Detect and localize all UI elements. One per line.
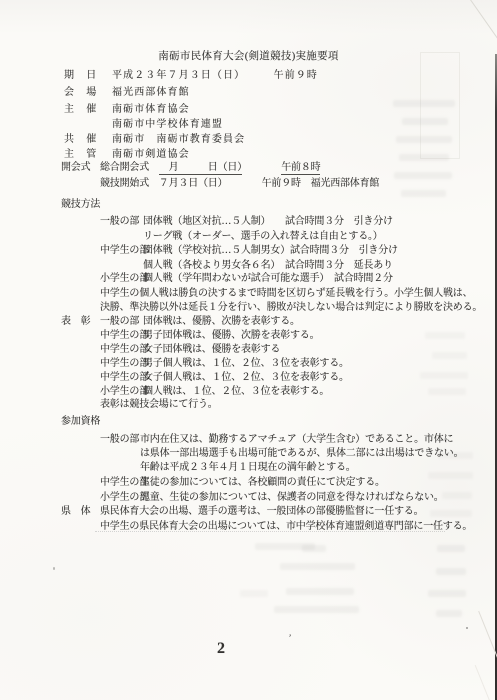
division-label: 小学生の部 xyxy=(100,386,143,398)
method-text: リーグ戦（オーダー、選手の入れ替えは自由とする。） xyxy=(143,231,383,242)
bleedthrough-smudge xyxy=(274,606,359,613)
opening-start-row: 競技開始式 ７月３日（日） 午前９時 福光西部体育館 xyxy=(100,178,379,190)
prefectural-text: 県民体育大会の出場、選手の選考は、一般団体の部優勝監督に一任する。 xyxy=(100,506,423,518)
awards-text: 男子個人戦は、１位、２位、３位を表彰する。 xyxy=(143,358,349,369)
awards-text: 個人戦は、１位、２位、３位を表彰する。 xyxy=(143,386,329,397)
bleedthrough-smudge xyxy=(286,588,354,595)
bleedthrough-dotted-rule xyxy=(95,531,445,532)
bleedthrough-smudge xyxy=(401,190,446,197)
awards-row: 中学生の部男子個人戦は、１位、２位、３位を表彰する。 xyxy=(100,358,349,370)
eligibility-text: 年齢は平成２３年４月１日現在の満年齢とする。 xyxy=(140,462,356,474)
method-row: リーグ戦（オーダー、選手の入れ替えは自由とする。） xyxy=(100,231,383,243)
info-label: 共 催 xyxy=(64,134,112,146)
bleedthrough-smudge xyxy=(436,568,466,575)
method-row: 一般の部団体戦（地区対抗…５人制） 試合時間３分 引き分け xyxy=(100,216,393,228)
division-label: 中学生の部 xyxy=(100,344,143,356)
info-label: 期 日 xyxy=(64,70,112,82)
info-label: 主 管 xyxy=(64,149,112,161)
opening-general-head: 総合開会式 xyxy=(100,162,149,173)
method-text: 個人戦（学年問わないが試合可能な選手） 試合時間２分 xyxy=(143,273,393,284)
opening-time: 午前８時 xyxy=(281,162,320,175)
info-row-organizer-2: 南砺市中学校体育連盟 xyxy=(64,119,223,131)
bleedthrough-smudge xyxy=(428,388,466,395)
awards-text: 男子団体戦は、優勝、次勝を表彰する。 xyxy=(143,330,319,341)
opening-date-blank: 月 日（日） xyxy=(159,162,242,175)
division-label: 中学生の部 xyxy=(100,372,143,384)
info-row-cosponsor: 共 催南砺市 南砺市教育委員会 xyxy=(64,134,245,146)
opening-section-label: 開会式 xyxy=(61,162,90,174)
method-text: 団体戦（地区対抗…５人制） 試合時間３分 引き分け xyxy=(143,216,393,227)
info-row-date: 期 日平成２３年７月３日（日） 午前９時 xyxy=(64,70,318,82)
eligibility-text: は県体一部出場選手も出場可能であるが、県体二部には出場はできない。 xyxy=(140,448,463,460)
dust-speck xyxy=(53,567,55,570)
method-row: 小学生の部個人戦（学年問わないが試合可能な選手） 試合時間２分 xyxy=(100,273,393,285)
awards-row: 一般の部団体戦は、優勝、次勝を表彰する。 xyxy=(100,316,300,328)
bleedthrough-smudge xyxy=(428,590,466,597)
info-value: 平成２３年７月３日（日） 午前９時 xyxy=(112,70,318,81)
method-text: 個人戦（各校より男女各６名） 試合時間３分 延長あり xyxy=(143,260,393,271)
prefectural-section-label: 県 体 xyxy=(61,506,90,518)
method-text: 団体戦（学校対抗…５人制男女）試合時間３分 引き分け xyxy=(143,245,398,256)
division-label: 一般の部 xyxy=(100,316,143,328)
awards-row: 小学生の部個人戦は、１位、２位、３位を表彰する。 xyxy=(100,386,329,398)
info-value: 南砺市体育協会 xyxy=(112,104,190,115)
info-value: 南砺市 南砺市教育委員会 xyxy=(112,134,245,145)
info-value: 南砺市中学校体育連盟 xyxy=(112,119,223,130)
division-label: 中学生の部 xyxy=(100,330,143,342)
method-row: 中学生の部団体戦（学校対抗…５人制男女）試合時間３分 引き分け xyxy=(100,245,398,257)
page-crease-line-bottom-right-2 xyxy=(475,665,492,700)
method-note: 決勝、準決勝以外は延長１分を行い、勝敗が決しない場合は判定により勝敗を決める。 xyxy=(100,302,482,314)
info-row-venue: 会 場福光西部体育館 xyxy=(64,87,190,99)
info-label: 主 催 xyxy=(64,104,112,116)
bleedthrough-box-outline xyxy=(420,52,460,159)
awards-row: 中学生の部女子団体戦は、優勝を表彰する xyxy=(100,344,280,356)
awards-text: 団体戦は、優勝、次勝を表彰する。 xyxy=(143,316,300,327)
info-row-management: 主 管南砺市剣道協会 xyxy=(64,149,190,161)
bleedthrough-smudge xyxy=(436,610,462,617)
awards-text: 女子団体戦は、優勝を表彰する xyxy=(143,344,280,355)
info-label: 会 場 xyxy=(64,87,112,99)
info-row-organizer: 主 催南砺市体育協会 xyxy=(64,104,190,116)
bleedthrough-smudge xyxy=(442,492,472,499)
opening-general-row: 総合開会式 月 日（日） 午前８時 xyxy=(100,162,320,174)
page-number: 2 xyxy=(217,643,225,655)
eligibility-text: 児童、生徒の参加については、保護者の同意を得なければならない。 xyxy=(140,492,444,504)
eligibility-text: 市内在住又は、勤務するアマチュア（大学生含む）であること。市体に xyxy=(140,434,453,446)
info-value: 福光西部体育館 xyxy=(112,87,190,98)
bleedthrough-smudge xyxy=(425,332,465,339)
division-label: 中学生の部 xyxy=(100,245,143,257)
awards-row: 中学生の部女子個人戦は、１位、２位、３位を表彰する。 xyxy=(100,372,349,384)
dust-speck xyxy=(466,627,468,629)
division-label: 一般の部 xyxy=(100,434,139,446)
bleedthrough-smudge xyxy=(394,172,452,179)
bleedthrough-smudge xyxy=(437,545,465,552)
eligibility-text: 生徒の参加については、各校顧問の責任にて決定する。 xyxy=(140,477,385,489)
stray-ink-mark: ’ xyxy=(287,633,292,644)
awards-section-label: 表 彰 xyxy=(61,316,90,328)
scanned-document-page: 南砺市民体育大会(剣道競技)実施要項 期 日平成２３年７月３日（日） 午前９時 … xyxy=(0,0,497,700)
method-row: 個人戦（各校より男女各６名） 試合時間３分 延長あり xyxy=(100,260,393,272)
bleedthrough-smudge xyxy=(438,452,473,459)
awards-text: 女子個人戦は、１位、２位、３位を表彰する。 xyxy=(143,372,349,383)
awards-note: 表彰は競技会場にて行う。 xyxy=(100,399,218,411)
bleedthrough-smudge xyxy=(432,352,467,359)
bleedthrough-smudge xyxy=(280,563,355,570)
bleedthrough-smudge xyxy=(240,590,268,597)
division-label: 一般の部 xyxy=(100,216,143,228)
awards-row: 中学生の部男子団体戦は、優勝、次勝を表彰する。 xyxy=(100,330,319,342)
spacer xyxy=(149,162,159,173)
info-value: 南砺市剣道協会 xyxy=(112,149,190,160)
bleedthrough-smudge xyxy=(428,472,473,479)
division-label: 小学生の部 xyxy=(100,273,143,285)
division-label: 中学生の部 xyxy=(100,358,143,370)
bleedthrough-smudge xyxy=(420,372,468,379)
bleedthrough-smudge xyxy=(430,510,472,517)
method-section-label: 競技方法 xyxy=(61,199,100,211)
method-note: 中学生の個人戦は勝負の決するまで時間を区切らず延長戦を行う。小学生個人戦は、 xyxy=(100,288,472,300)
bleedthrough-smudge xyxy=(302,545,326,552)
spacer xyxy=(242,162,281,173)
eligibility-section-label: 参加資格 xyxy=(61,416,100,428)
